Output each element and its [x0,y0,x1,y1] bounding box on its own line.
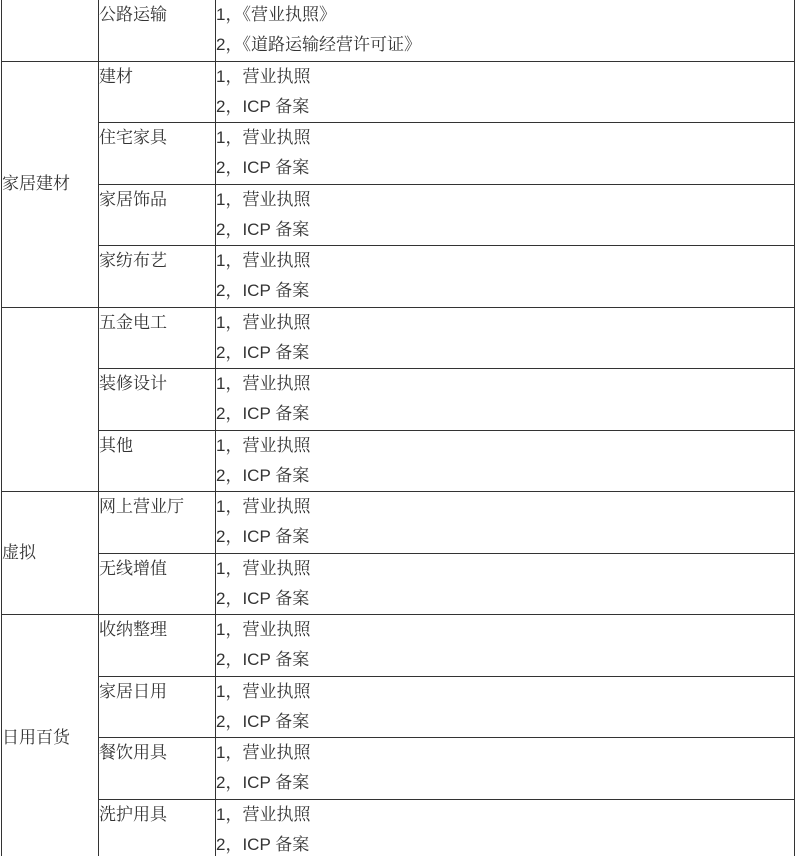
requirement-line: 2，ICP 备案 [216,276,794,306]
requirement-line: 1，营业执照 [216,185,794,215]
requirement-line: 2，ICP 备案 [216,645,794,675]
requirement-line: 1，营业执照 [216,492,794,522]
table-row: 家居饰品1，营业执照2，ICP 备案 [2,184,795,246]
requirement-line: 1，营业执照 [216,615,794,645]
requirements-cell: 1，营业执照2，ICP 备案 [216,615,795,677]
table-row: 餐饮用具1，营业执照2，ICP 备案 [2,738,795,800]
requirements-cell: 1，营业执照2，ICP 备案 [216,430,795,492]
requirement-line: 2，ICP 备案 [216,215,794,245]
requirements-cell: 1，营业执照2，ICP 备案 [216,123,795,185]
subcategory-cell: 家纺布艺 [99,246,216,308]
requirement-line: 1，营业执照 [216,431,794,461]
requirements-cell: 1，营业执照2，ICP 备案 [216,799,795,856]
subcategory-cell: 其他 [99,430,216,492]
category-cell: 家居建材 [2,61,99,307]
table-row: 虚拟网上营业厅1，营业执照2，ICP 备案 [2,492,795,554]
requirement-line: 1，营业执照 [216,677,794,707]
requirement-line: 2，ICP 备案 [216,92,794,122]
table-row: 日用百货收纳整理1，营业执照2，ICP 备案 [2,615,795,677]
subcategory-cell: 收纳整理 [99,615,216,677]
table-row: 住宅家具1，营业执照2，ICP 备案 [2,123,795,185]
subcategory-cell: 餐饮用具 [99,738,216,800]
requirement-line: 2，《道路运输经营许可证》 [216,30,794,60]
subcategory-cell: 洗护用具 [99,799,216,856]
requirement-line: 1，营业执照 [216,800,794,830]
subcategory-cell: 网上营业厅 [99,492,216,554]
subcategory-cell: 家居饰品 [99,184,216,246]
requirements-cell: 1，营业执照2，ICP 备案 [216,61,795,123]
table-row: 家纺布艺1，营业执照2，ICP 备案 [2,246,795,308]
table-body: 公路运输1，《营业执照》2，《道路运输经营许可证》家居建材建材1，营业执照2，I… [2,0,795,856]
requirement-line: 2，ICP 备案 [216,707,794,737]
requirement-line: 2，ICP 备案 [216,399,794,429]
table-row: 家居建材建材1，营业执照2，ICP 备案 [2,61,795,123]
requirement-line: 1，营业执照 [216,62,794,92]
table-row: 装修设计1，营业执照2，ICP 备案 [2,369,795,431]
requirements-cell: 1，营业执照2，ICP 备案 [216,369,795,431]
table-row: 五金电工1，营业执照2，ICP 备案 [2,307,795,369]
requirements-cell: 1，营业执照2，ICP 备案 [216,492,795,554]
subcategory-cell: 建材 [99,61,216,123]
table-row: 洗护用具1，营业执照2，ICP 备案 [2,799,795,856]
requirement-line: 2，ICP 备案 [216,830,794,856]
requirement-line: 2，ICP 备案 [216,338,794,368]
requirements-cell: 1，《营业执照》2，《道路运输经营许可证》 [216,0,795,61]
table-row: 其他1，营业执照2，ICP 备案 [2,430,795,492]
requirements-cell: 1，营业执照2，ICP 备案 [216,738,795,800]
requirements-cell: 1，营业执照2，ICP 备案 [216,307,795,369]
requirements-cell: 1，营业执照2，ICP 备案 [216,676,795,738]
subcategory-cell: 无线增值 [99,553,216,615]
requirement-line: 2，ICP 备案 [216,461,794,491]
requirements-cell: 1，营业执照2，ICP 备案 [216,246,795,308]
requirements-cell: 1，营业执照2，ICP 备案 [216,553,795,615]
category-cell [2,0,99,61]
requirement-line: 2，ICP 备案 [216,584,794,614]
requirement-line: 1，营业执照 [216,246,794,276]
requirement-line: 1，营业执照 [216,308,794,338]
subcategory-cell: 家居日用 [99,676,216,738]
requirement-line: 1，《营业执照》 [216,0,794,30]
category-cell: 日用百货 [2,615,99,856]
requirement-line: 2，ICP 备案 [216,153,794,183]
table-row: 家居日用1，营业执照2，ICP 备案 [2,676,795,738]
subcategory-cell: 装修设计 [99,369,216,431]
subcategory-cell: 五金电工 [99,307,216,369]
table-row: 无线增值1，营业执照2，ICP 备案 [2,553,795,615]
requirement-line: 1，营业执照 [216,123,794,153]
category-cell: 虚拟 [2,492,99,615]
category-cell [2,307,99,492]
requirements-cell: 1，营业执照2，ICP 备案 [216,184,795,246]
requirement-line: 1，营业执照 [216,369,794,399]
table-row: 公路运输1，《营业执照》2，《道路运输经营许可证》 [2,0,795,61]
requirement-line: 1，营业执照 [216,738,794,768]
category-license-requirements-table: 公路运输1，《营业执照》2，《道路运输经营许可证》家居建材建材1，营业执照2，I… [1,0,795,856]
requirement-line: 2，ICP 备案 [216,522,794,552]
subcategory-cell: 公路运输 [99,0,216,61]
requirement-line: 1，营业执照 [216,554,794,584]
subcategory-cell: 住宅家具 [99,123,216,185]
requirement-line: 2，ICP 备案 [216,768,794,798]
